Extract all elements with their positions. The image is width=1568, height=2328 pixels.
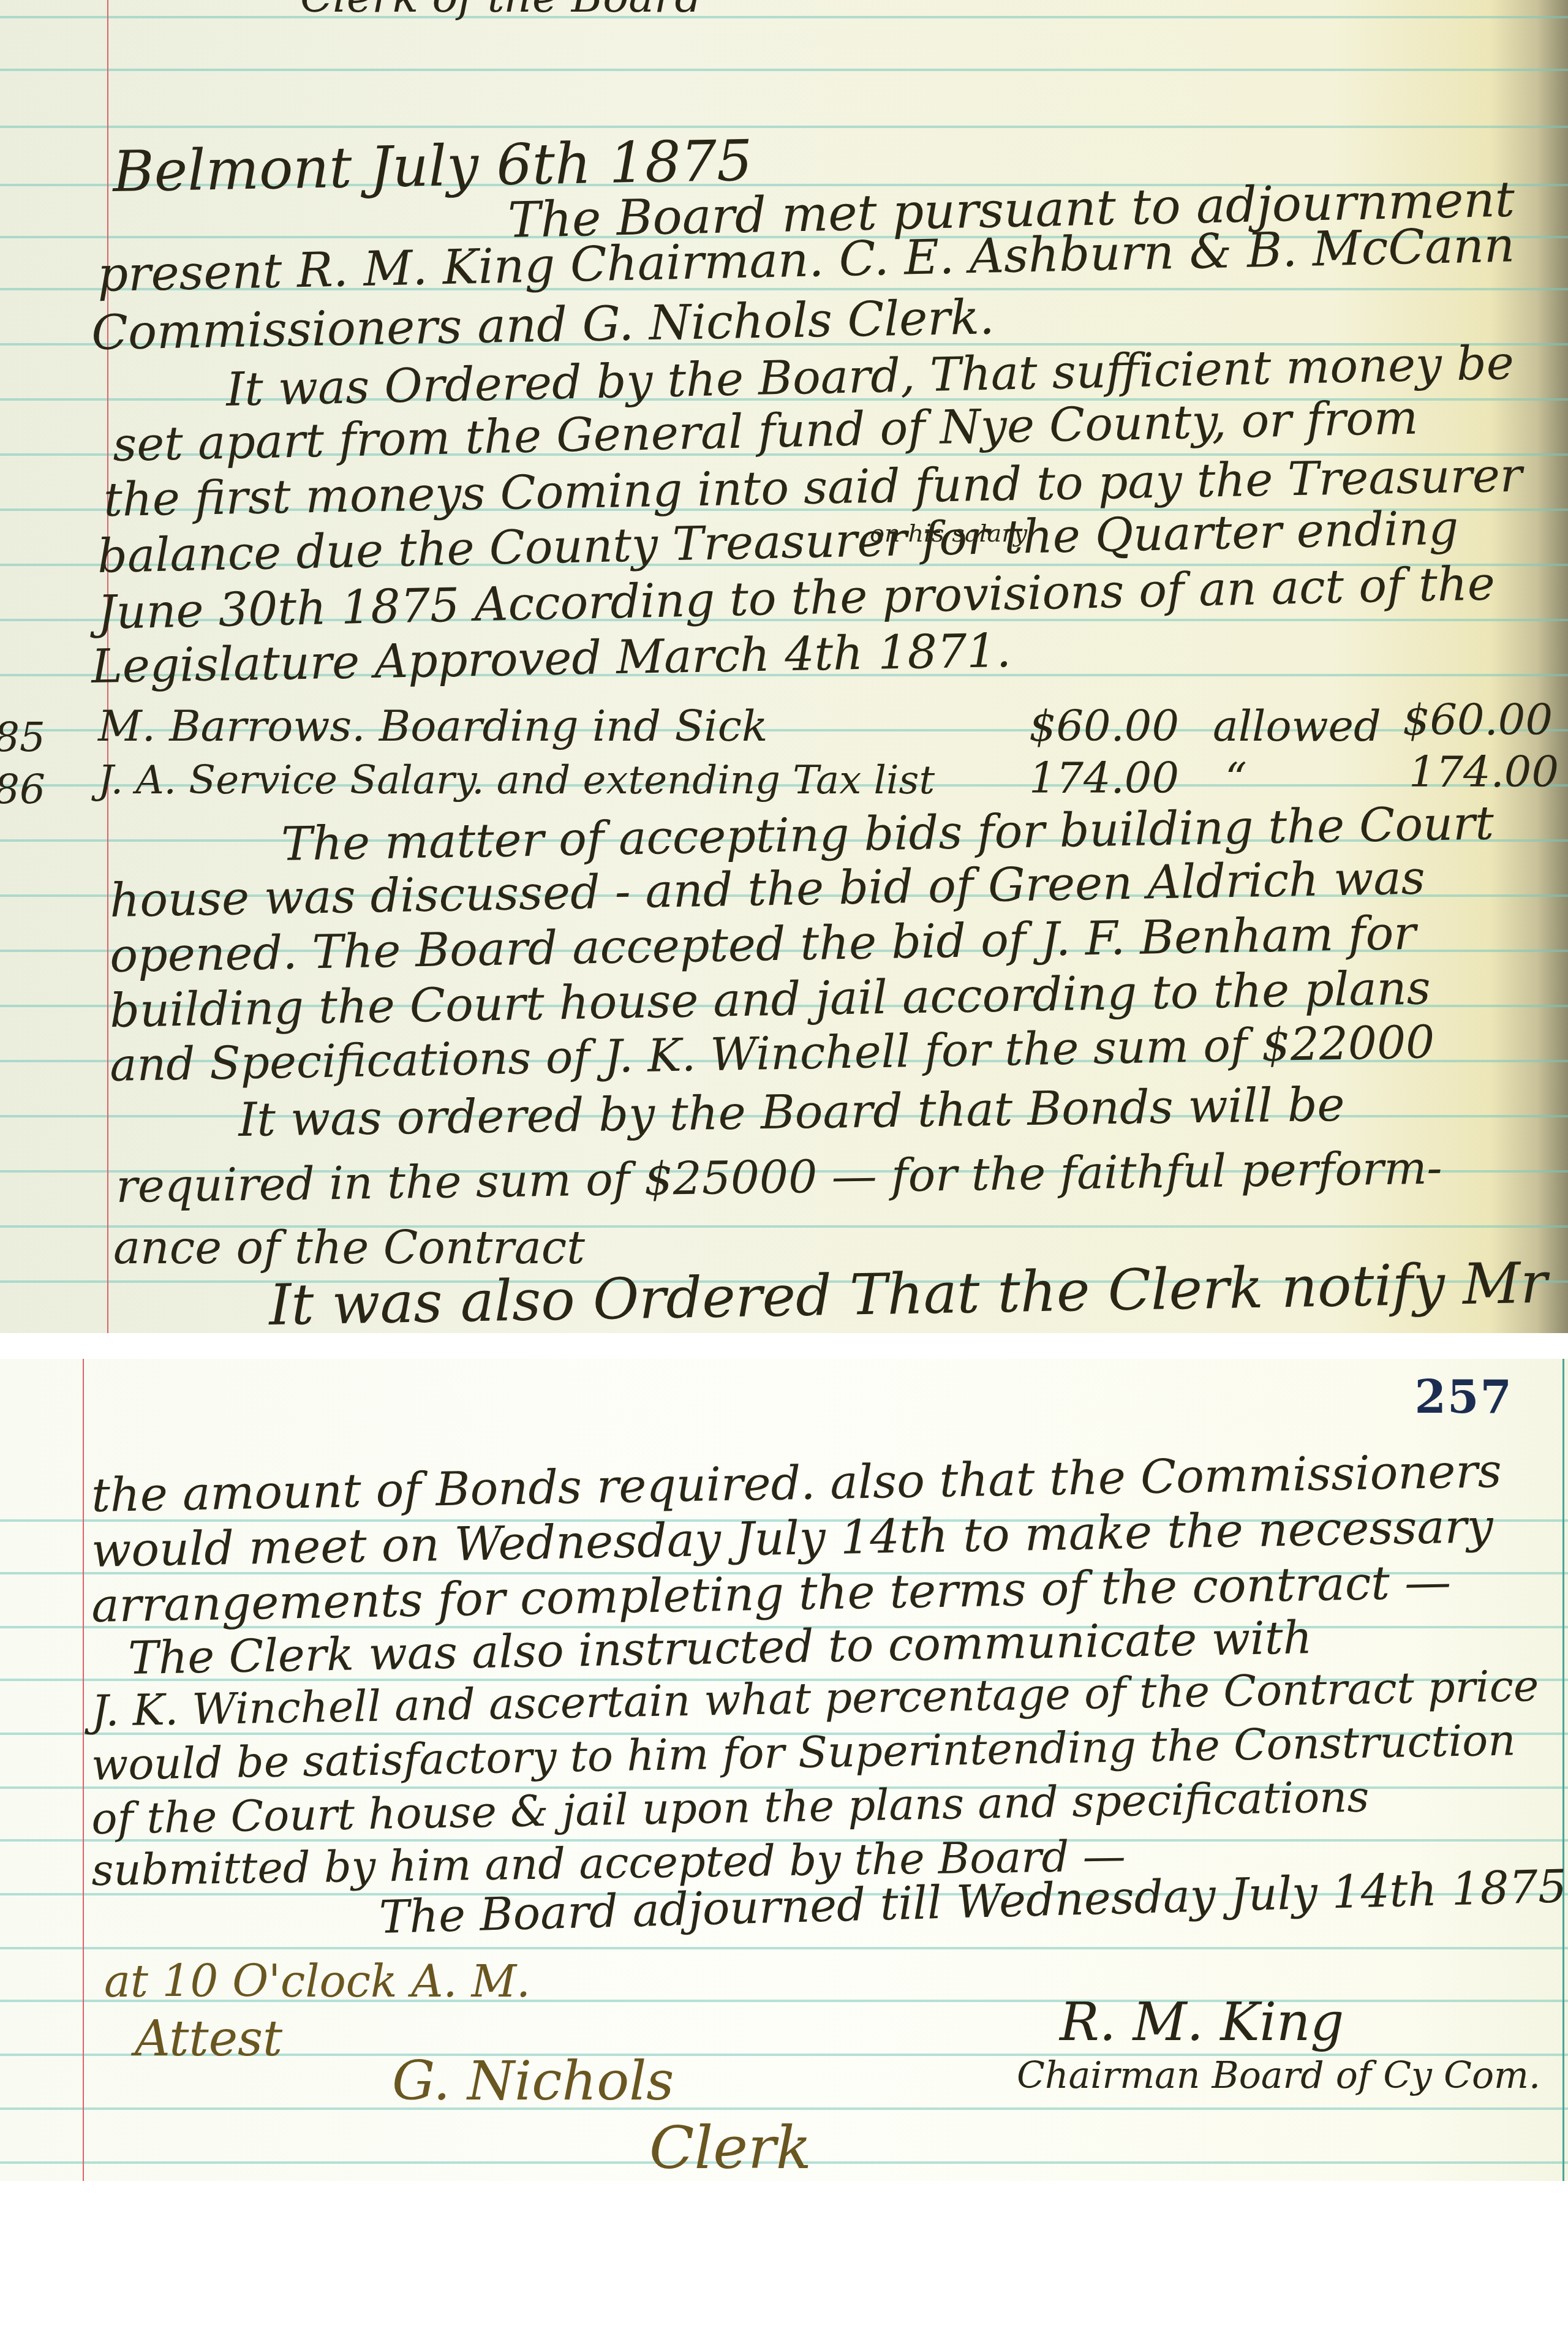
claim-status: allowed: [1213, 705, 1381, 747]
rule-line: [0, 69, 1568, 71]
claim-allowed: $60.00: [1403, 698, 1553, 741]
minutes-line: ance of the Contract: [113, 1225, 585, 1271]
ledger-page-2: 257 the amount of Bonds required. also t…: [0, 1359, 1568, 2181]
minutes-line: at 10 O'clock A. M.: [104, 1959, 530, 2003]
minutes-line: It was ordered by the Board that Bonds w…: [238, 1081, 1345, 1143]
claim-status: “: [1225, 757, 1247, 799]
claim-amount: $60.00: [1029, 705, 1179, 747]
minutes-line: required in the sum of $25000 — for the …: [116, 1146, 1442, 1209]
claim-claimant: M. Barrows. Boarding ind Sick: [98, 705, 767, 747]
claim-amount: 174.00: [1029, 757, 1179, 799]
page-edge-line: [1562, 1359, 1564, 2181]
page-number: 257: [1415, 1371, 1513, 1424]
claim-claimant: J. A. Service Salary. and extending Tax …: [98, 761, 935, 800]
ledger-page-1: Clerk of the Board Belmont July 6th 1875…: [0, 0, 1568, 1333]
claim-number: 85: [0, 714, 45, 761]
chairman-title: Chairman Board of Cy Com.: [1017, 2057, 1540, 2094]
minutes-line: Commissioners and G. Nichols Clerk.: [91, 293, 995, 357]
rule-line: [0, 2107, 1568, 2110]
clerk-title: Clerk: [649, 2118, 812, 2177]
attest-label: Attest: [135, 2014, 282, 2063]
chairman-signature: R. M. King: [1060, 1996, 1344, 2049]
rule-line: [0, 1947, 1568, 1949]
rule-line: [0, 16, 1568, 18]
clerk-signature: G. Nichols: [392, 2054, 674, 2108]
claim-allowed: 174.00: [1409, 750, 1559, 793]
rule-line: [0, 126, 1568, 128]
minutes-line: Legislature Approved March 4th 1871.: [91, 627, 1012, 690]
header-fragment: Clerk of the Board: [300, 0, 702, 18]
claim-number: 86: [0, 766, 45, 813]
margin-line: [83, 1359, 84, 2181]
